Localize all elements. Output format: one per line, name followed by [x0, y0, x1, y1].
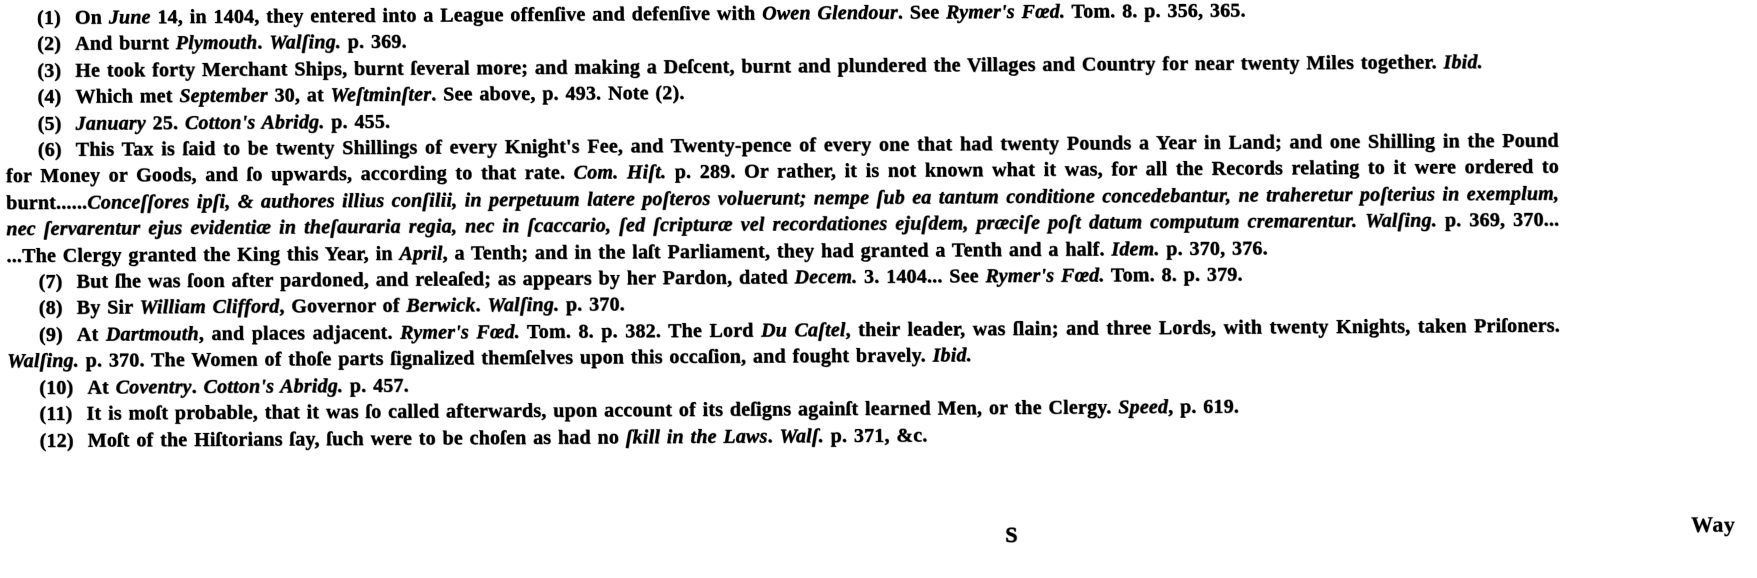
footnote-text: . — [767, 425, 779, 447]
footnote-italic-text: Walſ. — [779, 425, 824, 447]
footnote-text: p. 457. — [343, 374, 409, 396]
footnote-text: p. 371, &c. — [824, 424, 928, 447]
footnote-text: Which met — [75, 85, 179, 108]
footnote-italic-text: January — [75, 112, 145, 134]
footnote-label: (9) — [39, 324, 63, 346]
footnote-label: (11) — [39, 403, 72, 425]
footnote-italic-text: Berwick — [406, 295, 475, 317]
footnote-text: p. 370. — [559, 294, 625, 316]
scanned-book-page: (1)On June 14, in 1404, they entered int… — [0, 0, 1757, 578]
footnote-italic-text: Com. Hiſt. — [574, 162, 667, 185]
footnote-label: (6) — [38, 139, 62, 161]
footnote-italic-text: Walſing. — [269, 32, 341, 54]
footnote-text: , and places adjacent. — [199, 322, 400, 345]
footnote-italic-text: Decem. — [794, 266, 857, 288]
footnote-text: . — [257, 32, 269, 54]
footnotes-block: (1)On June 14, in 1404, they entered int… — [5, 0, 1561, 454]
footnote-text: . — [475, 295, 487, 317]
footnote-italic-text: Speed — [1118, 396, 1168, 418]
footnote-italic-text: Weſtminſter — [330, 84, 431, 107]
footnote-text: Tom. 8. p. 382. The Lord — [520, 319, 761, 342]
footnote-text: . — [192, 376, 204, 398]
footnote-text: Tom. 8. p. 379. — [1104, 264, 1242, 287]
footnote-text: , a Tenth; and in the laſt Parliament, t… — [442, 238, 1111, 264]
footnote-label: (12) — [40, 429, 74, 451]
footnote-text: At — [87, 376, 115, 398]
footnote-italic-text: Ibid. — [932, 345, 971, 367]
footnote-italic-text: Walſing. — [1365, 210, 1437, 232]
footnote-text: It is moſt probable, that it was ſo call… — [86, 397, 1118, 425]
footnote-text: At — [77, 323, 106, 345]
footnote-italic-text: April — [399, 242, 442, 264]
footnote-italic-text: June — [109, 6, 151, 28]
footnote-italic-text: Owen Glendour — [762, 2, 898, 25]
footnote: (9)At Dartmouth, and places adjacent. Ry… — [7, 313, 1560, 375]
footnote-label: (3) — [37, 60, 61, 82]
footnote-italic-text: Plymouth — [176, 32, 258, 54]
footnote-text — [1357, 210, 1365, 232]
footnote-italic-text: Idem. — [1111, 238, 1159, 260]
footnote-label: (4) — [37, 86, 61, 108]
footnote-text: , p. 619. — [1168, 396, 1239, 418]
footnote-italic-text: Walſing. — [487, 294, 559, 316]
footnote: (6)This Tax is ſaid to be twenty Shillin… — [6, 128, 1560, 270]
footnote-italic-text: Ibid. — [1443, 51, 1482, 73]
footnote-text: But ſhe was ſoon after pardoned, and rel… — [76, 266, 794, 292]
signature-mark: S — [1005, 522, 1017, 548]
footnote-italic-text: William Clifford — [140, 296, 280, 319]
footnote-italic-text: Dartmouth — [106, 323, 199, 346]
footnote-text: On — [75, 7, 109, 29]
footnote-italic-text: Du Caſtel — [761, 319, 846, 342]
footnote-text: p. 455. — [324, 110, 390, 132]
footnote-text: . See — [898, 1, 946, 23]
footnote-text: , Governor of — [279, 295, 406, 318]
footnote-label: (10) — [39, 376, 73, 398]
footnote-italic-text: Rymer's Fœd. — [946, 1, 1065, 24]
footnote-italic-text: Walſing. — [7, 350, 79, 372]
footnote-text: 3. 1404... See — [857, 265, 985, 288]
footnote-italic-text: Rymer's Fœd. — [400, 321, 520, 344]
footnote-label: (2) — [37, 33, 61, 55]
footnote-italic-text: ſkill in the Laws — [626, 425, 768, 448]
footnote-text: 25. — [146, 112, 185, 134]
footnote-text: . See above, p. 493. Note (2). — [431, 82, 684, 106]
footnote-text: Moſt of the Hiſtorians ſay, ſuch were to… — [88, 426, 626, 451]
footnote-label: (1) — [37, 7, 61, 29]
footnote-label: (5) — [38, 112, 62, 134]
footnote-italic-text: Cotton's Abridg. — [185, 111, 325, 134]
catchword: Way — [1691, 512, 1735, 538]
footnote-text: 30, at — [268, 84, 331, 106]
page-rotation-wrapper: (1)On June 14, in 1404, they entered int… — [0, 0, 1757, 578]
footnote-italic-text: Cotton's Abridg. — [203, 375, 343, 398]
footnote-text: p. 369. — [341, 31, 407, 53]
footnote-italic-text: September — [179, 85, 268, 108]
footnote-text: 14, in 1404, they entered into a League … — [151, 3, 763, 29]
footnote-text: p. 370, 376. — [1159, 237, 1267, 260]
footnote-italic-text: Conceſſores ipſi, & authores illius conſ… — [6, 183, 1559, 241]
footnote-italic-text: Coventry — [116, 376, 192, 398]
footnote-italic-text: Rymer's Fœd. — [985, 265, 1104, 288]
footnote-label: (8) — [39, 297, 63, 319]
footnote-label: (7) — [39, 271, 63, 293]
footnote-text: By Sir — [77, 297, 140, 319]
footnote-text: p. 370. The Women of thoſe parts ſignali… — [79, 345, 933, 372]
footnote-text: Tom. 8. p. 356, 365. — [1065, 0, 1246, 23]
footnote-text: And burnt — [75, 33, 176, 56]
footnote-text: , their leader, was ſlain; and three Lor… — [846, 315, 1560, 341]
